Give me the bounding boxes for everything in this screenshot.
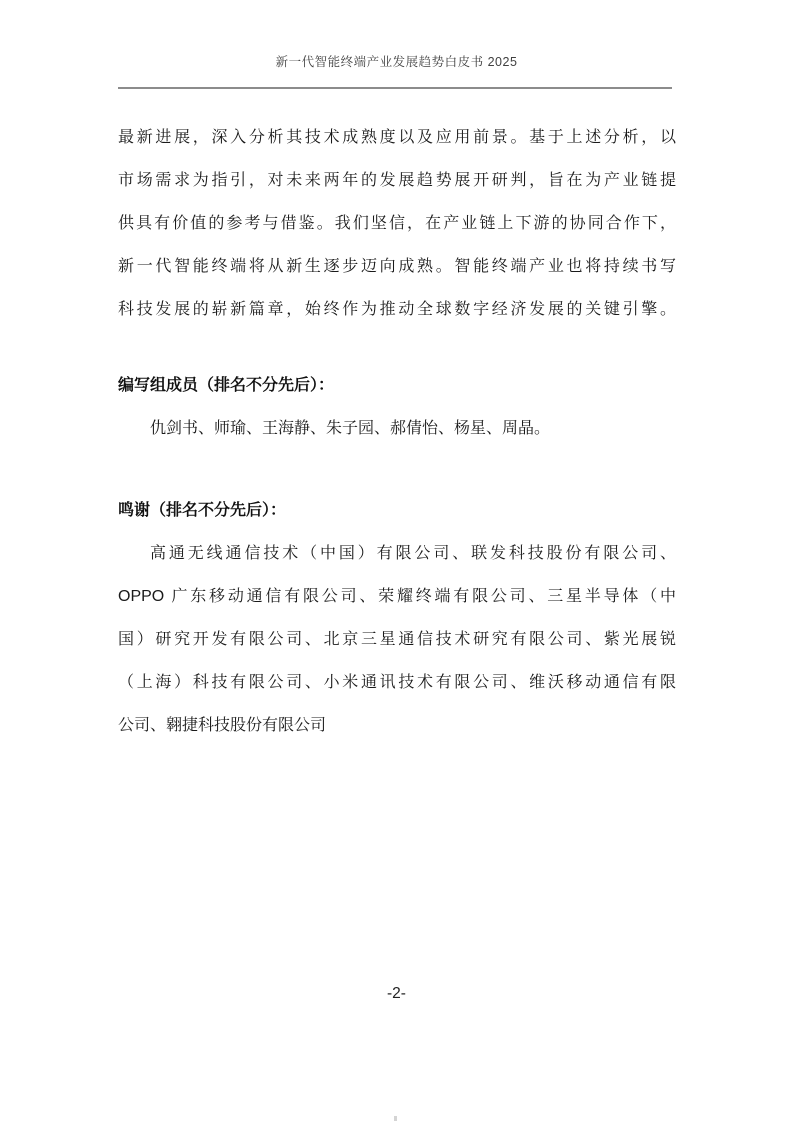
- paragraph-line: 最新进展，深入分析其技术成熟度以及应用前景。基于上述分析，以: [118, 116, 676, 159]
- acknowledgement-section: 鸣谢（排名不分先后）： 高通无线通信技术（中国）有限公司、联发科技股份有限公司、…: [118, 489, 676, 747]
- paragraph-line: 供具有价值的参考与借鉴。我们坚信，在产业链上下游的协同合作下，: [118, 202, 676, 245]
- paragraph-line: 科技发展的崭新篇章，始终作为推动全球数字经济发展的关键引擎。: [118, 288, 676, 331]
- acknowledgement-line: OPPO 广东移动通信有限公司、荣耀终端有限公司、三星半导体（中: [118, 575, 676, 618]
- acknowledgement-line: 公司、翱捷科技股份有限公司: [118, 704, 676, 747]
- paragraph-line: 市场需求为指引，对未来两年的发展趋势展开研判，旨在为产业链提: [118, 159, 676, 202]
- page-break-marker: [394, 1116, 397, 1121]
- members-heading: 编写组成员（排名不分先后）：: [118, 364, 676, 407]
- page-number: -2-: [0, 983, 793, 1005]
- page-header-title: 新一代智能终端产业发展趋势白皮书 2025: [0, 53, 793, 71]
- acknowledgement-heading: 鸣谢（排名不分先后）：: [118, 489, 676, 532]
- members-section: 编写组成员（排名不分先后）： 仇剑书、师瑜、王海静、朱子园、郝倩怡、杨星、周晶。: [118, 364, 676, 450]
- closing-paragraph: 最新进展，深入分析其技术成熟度以及应用前景。基于上述分析，以 市场需求为指引，对…: [118, 116, 676, 331]
- acknowledgement-line: （上海）科技有限公司、小米通讯技术有限公司、维沃移动通信有限: [118, 661, 676, 704]
- acknowledgement-line: 高通无线通信技术（中国）有限公司、联发科技股份有限公司、: [118, 532, 676, 575]
- paragraph-line: 新一代智能终端将从新生逐步迈向成熟。智能终端产业也将持续书写: [118, 245, 676, 288]
- acknowledgement-line: 国）研究开发有限公司、北京三星通信技术研究有限公司、紫光展锐: [118, 618, 676, 661]
- document-page: 新一代智能终端产业发展趋势白皮书 2025 最新进展，深入分析其技术成熟度以及应…: [0, 0, 793, 1122]
- members-names: 仇剑书、师瑜、王海静、朱子园、郝倩怡、杨星、周晶。: [118, 407, 676, 450]
- page-content: 最新进展，深入分析其技术成熟度以及应用前景。基于上述分析，以 市场需求为指引，对…: [118, 116, 676, 747]
- header-rule-divider: [118, 87, 672, 89]
